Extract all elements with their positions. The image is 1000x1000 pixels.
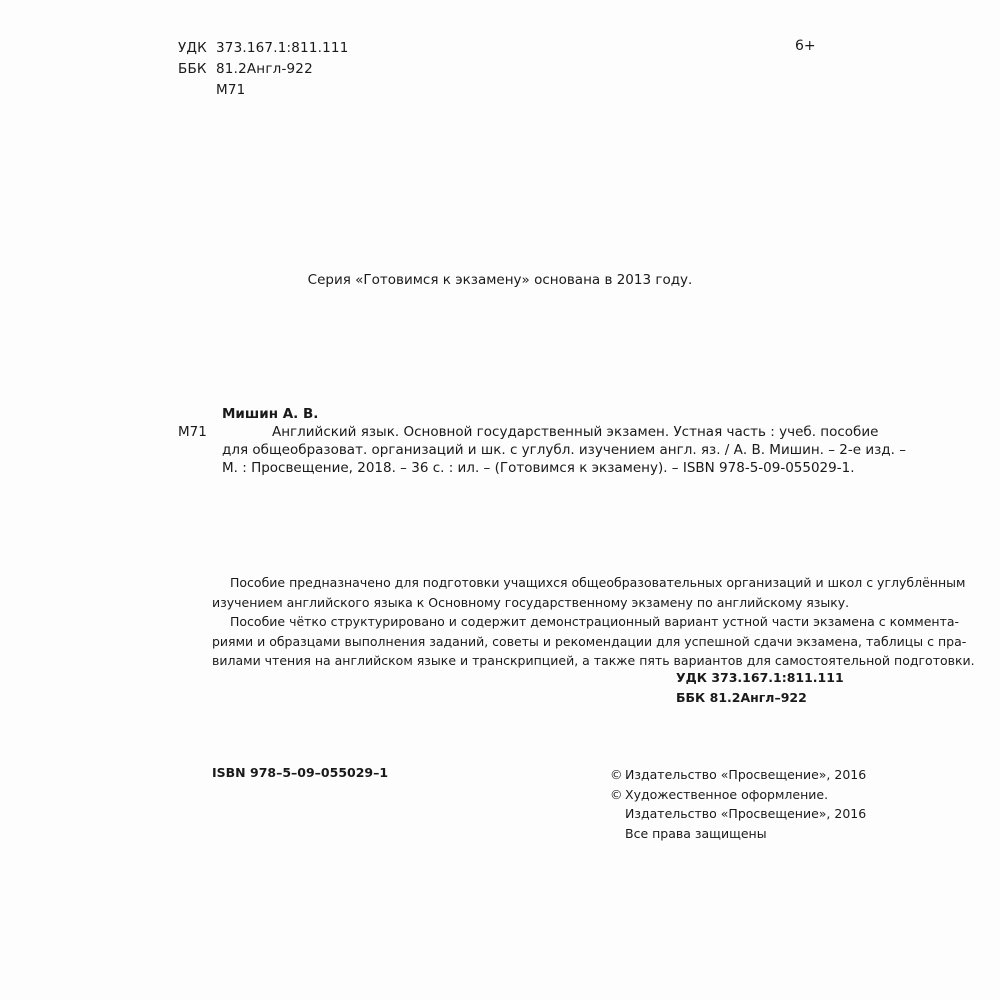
udk-label: УДК	[178, 38, 216, 59]
udk-code: УДК 373.167.1:811.111	[676, 668, 844, 688]
copyright-line-1: ©Издательство «Просвещение», 2016	[610, 765, 866, 785]
bibliographic-record: Мишин А. В. М71Английский язык. Основной…	[178, 405, 906, 477]
bbk-value: 81.2Англ-922	[216, 61, 313, 77]
annotation: Пособие предназначено для подготовки уча…	[212, 573, 812, 671]
annotation-line: изучением английского языка к Основному …	[212, 593, 812, 613]
annotation-paragraph-2: Пособие чётко структурировано и содержит…	[212, 612, 812, 671]
series-note: Серия «Готовимся к экзамену» основана в …	[0, 272, 1000, 288]
bib-line-1: М71Английский язык. Основной государстве…	[178, 423, 906, 441]
copyright-line-3: Издательство «Просвещение», 2016	[610, 804, 866, 824]
bib-author: Мишин А. В.	[178, 405, 906, 423]
annotation-line: Пособие чётко структурировано и содержит…	[212, 612, 812, 632]
bottom-classification-block: УДК 373.167.1:811.111 ББК 81.2Англ–922	[676, 668, 844, 708]
copyright-text: Издательство «Просвещение», 2016	[625, 767, 866, 782]
isbn: ISBN 978–5–09–055029–1	[212, 765, 388, 780]
annotation-line: Пособие предназначено для подготовки уча…	[212, 573, 812, 593]
udk-row: УДК373.167.1:811.111	[178, 38, 348, 59]
author-mark: М71	[178, 80, 348, 101]
copyright-line-2: ©Художественное оформление.	[610, 785, 866, 805]
bib-line-2: для общеобразоват. организаций и шк. с у…	[178, 441, 906, 459]
age-rating: 6+	[795, 38, 816, 54]
rights-reserved: Все права защищены	[610, 824, 866, 844]
annotation-paragraph-1: Пособие предназначено для подготовки уча…	[212, 573, 812, 612]
bib-author-mark: М71	[178, 423, 222, 441]
top-classification-block: УДК373.167.1:811.111 ББК81.2Англ-922 М71	[178, 38, 348, 101]
bbk-code: ББК 81.2Англ–922	[676, 688, 844, 708]
bbk-row: ББК81.2Англ-922	[178, 59, 348, 80]
copyright-block: ©Издательство «Просвещение», 2016 ©Худож…	[610, 765, 866, 843]
annotation-line: риями и образцами выполнения заданий, со…	[212, 632, 812, 652]
udk-value: 373.167.1:811.111	[216, 40, 348, 56]
copyright-icon: ©	[610, 765, 625, 785]
bib-line-3: М. : Просвещение, 2018. – 36 с. : ил. – …	[178, 459, 906, 477]
copyright-text: Художественное оформление.	[625, 787, 828, 802]
bib-title-text: Английский язык. Основной государственны…	[272, 424, 878, 440]
copyright-icon: ©	[610, 785, 625, 805]
bbk-label: ББК	[178, 59, 216, 80]
